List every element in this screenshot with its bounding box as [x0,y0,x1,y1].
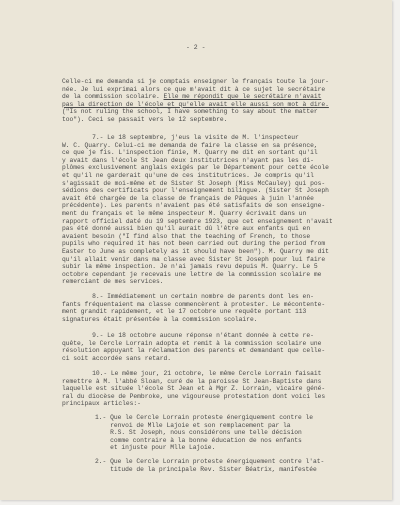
line: fants fréquentaient ma classe commencère… [62,301,325,308]
line: ci soit accordée sans retard. [62,355,171,362]
line: Celle-ci me demanda si je comptais ensei… [62,78,329,85]
paragraph-8: 8.- Immédiatement un certain nombre de p… [62,293,325,323]
line: laquelle est située l'école St Jean et à… [62,385,325,392]
line: avait été chargée de la classe de frança… [62,195,314,202]
line: s'agissait de moi-même et de Sister St J… [62,180,325,187]
article-1: 1.- Que le Cercle Lorrain proteste énerg… [80,414,313,452]
line: avaient besoin ("I find also that the te… [62,233,310,240]
line: W. C. Quarry. Celui-ci me demanda de fai… [62,142,318,149]
line: comme contraire à la bonne éducation de … [80,437,302,444]
line: et injuste pour Mlle Lajoie. [80,444,215,451]
line: pupils who required it has not been carr… [62,240,325,247]
line: née. Je lui exprimai alors ce que m'avai… [62,86,325,93]
line: R.S. St Joseph, nous considérons une tel… [80,429,302,436]
line: ment grandit rapidement, et le 17 octobr… [62,308,306,315]
line: et qu'il ne garderait qu'une de ces inst… [62,172,314,179]
line: sédions des certificats pour l'enseignem… [62,187,329,194]
line: titude de la principale Rev. Sister Béat… [80,466,317,473]
line: 10.- Le même jour, 21 octobre, le même C… [62,370,321,377]
underlined-line: Elle me répondit que le secrétaire n'ava… [164,93,322,100]
page-number: - 2 - [186,44,206,51]
line: renvoi de Mlle Lajoie et son remplacemen… [80,422,291,429]
line: de la commission scolaire. [62,93,164,100]
line: y avait dans l'école St Jean deux instit… [62,157,314,164]
line: rapport officiel daté du 19 septembre 19… [62,218,333,225]
line: quête, le Cercle Lorrain adopta et remit… [62,340,321,347]
article-2: 2.- Que le Cercle Lorrain proteste énerg… [80,458,324,473]
line: ment du français et le même inspecteur M… [62,210,306,217]
line: octobre cependant je recevais une lettre… [62,271,321,278]
line: 7.- Le 18 septembre, j'eus la visite de … [62,134,299,141]
line: pas été donné aussi bien qu'il aurait dû… [62,225,310,232]
line: Easter to June as completely as it shoul… [62,248,329,255]
line: plômes exclusivement anglais exigés par … [62,164,329,171]
line: qu'il allait venir dans ma classe avec S… [62,256,325,263]
paragraph-9: 9.- Le 18 octobre aucune réponse n'étant… [62,332,325,362]
line: too"). Ceci se passait vers le 12 septem… [62,116,227,123]
line: remerciant de mes services. [62,278,164,285]
line: ("Is not ruling the school, I have somet… [62,108,318,115]
line: 2.- Que le Cercle Lorrain proteste énerg… [80,458,324,465]
line: résolution appuyant la réclamation des p… [62,347,325,354]
line: 8.- Immédiatement un certain nombre de p… [62,293,314,300]
line: ral du diocèse de Pembroke, une vigoureu… [62,393,325,400]
line: remettre à M. l'abbé Sloan, curé de la p… [62,378,321,385]
line: 1.- Que le Cercle Lorrain proteste énerg… [80,414,313,421]
line: ce que je fis. L'inspection finie, M. Qu… [62,149,318,156]
line: signatures était présentée à la commissi… [62,316,257,323]
document-page: - 2 - Celle-ci me demanda si je comptais… [0,0,392,500]
line: 9.- Le 18 octobre aucune réponse n'étant… [62,332,314,339]
paragraph-7: 7.- Le 18 septembre, j'eus la visite de … [62,134,333,286]
paragraph-10: 10.- Le même jour, 21 octobre, le même C… [62,370,325,408]
line: subir la même inspection. Je n'ai jamais… [62,263,318,270]
line: précédente). Les parents n'avaient pas é… [62,202,325,209]
underlined-line: pas la direction de l'école et qu'elle a… [62,101,329,108]
paragraph-intro: Celle-ci me demanda si je comptais ensei… [62,78,329,124]
line: principaux articles:- [62,400,141,407]
